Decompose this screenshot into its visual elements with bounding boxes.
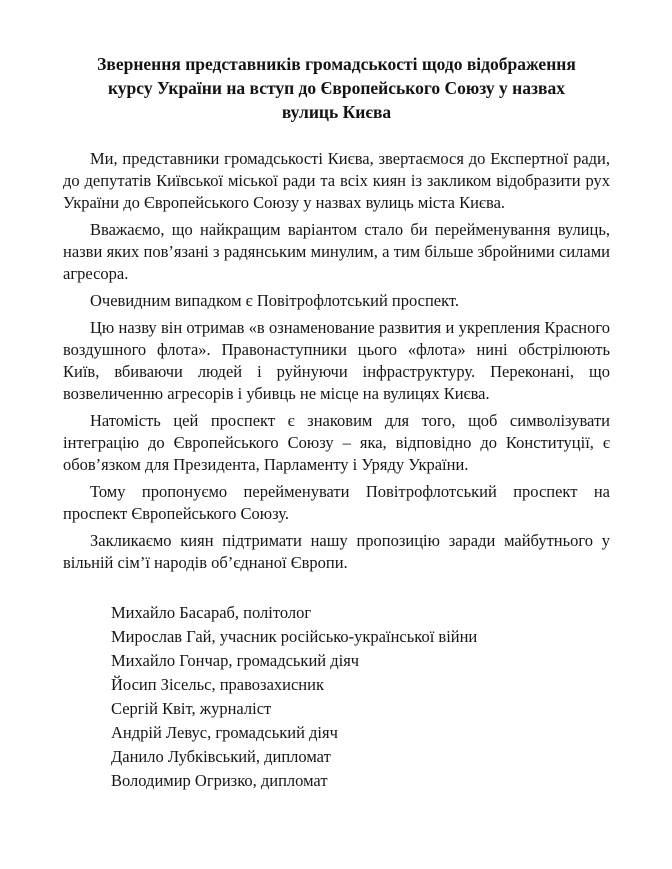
body-paragraph-name-origin: Цю назву він отримав «в ознаменование ра…: [63, 317, 610, 405]
signatory-line: Володимир Огризко, дипломат: [111, 769, 610, 793]
signatory-line: Данило Лубківський, дипломат: [111, 745, 610, 769]
signatory-line: Михайло Басараб, політолог: [111, 601, 610, 625]
signatory-line: Михайло Гончар, громадський діяч: [111, 649, 610, 673]
signatory-line: Андрій Левус, громадський діяч: [111, 721, 610, 745]
body-paragraph-call-to-action: Закликаємо киян підтримати нашу пропозиц…: [63, 530, 610, 574]
title-line-1: Звернення представників громадськості що…: [63, 52, 610, 76]
signatory-line: Йосип Зісельс, правозахисник: [111, 673, 610, 697]
signatory-line: Сергій Квіт, журналіст: [111, 697, 610, 721]
body-paragraph-obvious-case: Очевидним випадком є Повітрофлотський пр…: [63, 290, 610, 312]
document-title: Звернення представників громадськості що…: [63, 52, 610, 124]
signatories-list: Михайло Басараб, політолог Мирослав Гай,…: [111, 601, 610, 793]
title-line-3: вулиць Києва: [63, 100, 610, 124]
body-paragraph-rename-proposal: Вважаємо, що найкращим варіантом стало б…: [63, 219, 610, 285]
body-paragraph-proposal: Тому пропонуємо перейменувати Повітрофло…: [63, 481, 610, 525]
signatory-line: Мирослав Гай, учасник російсько-українсь…: [111, 625, 610, 649]
body-paragraph-symbolism: Натомість цей проспект є знаковим для то…: [63, 410, 610, 476]
body-paragraph-intro: Ми, представники громадськості Києва, зв…: [63, 148, 610, 214]
document-page: Звернення представників громадськості що…: [0, 0, 672, 869]
title-line-2: курсу України на вступ до Європейського …: [63, 76, 610, 100]
